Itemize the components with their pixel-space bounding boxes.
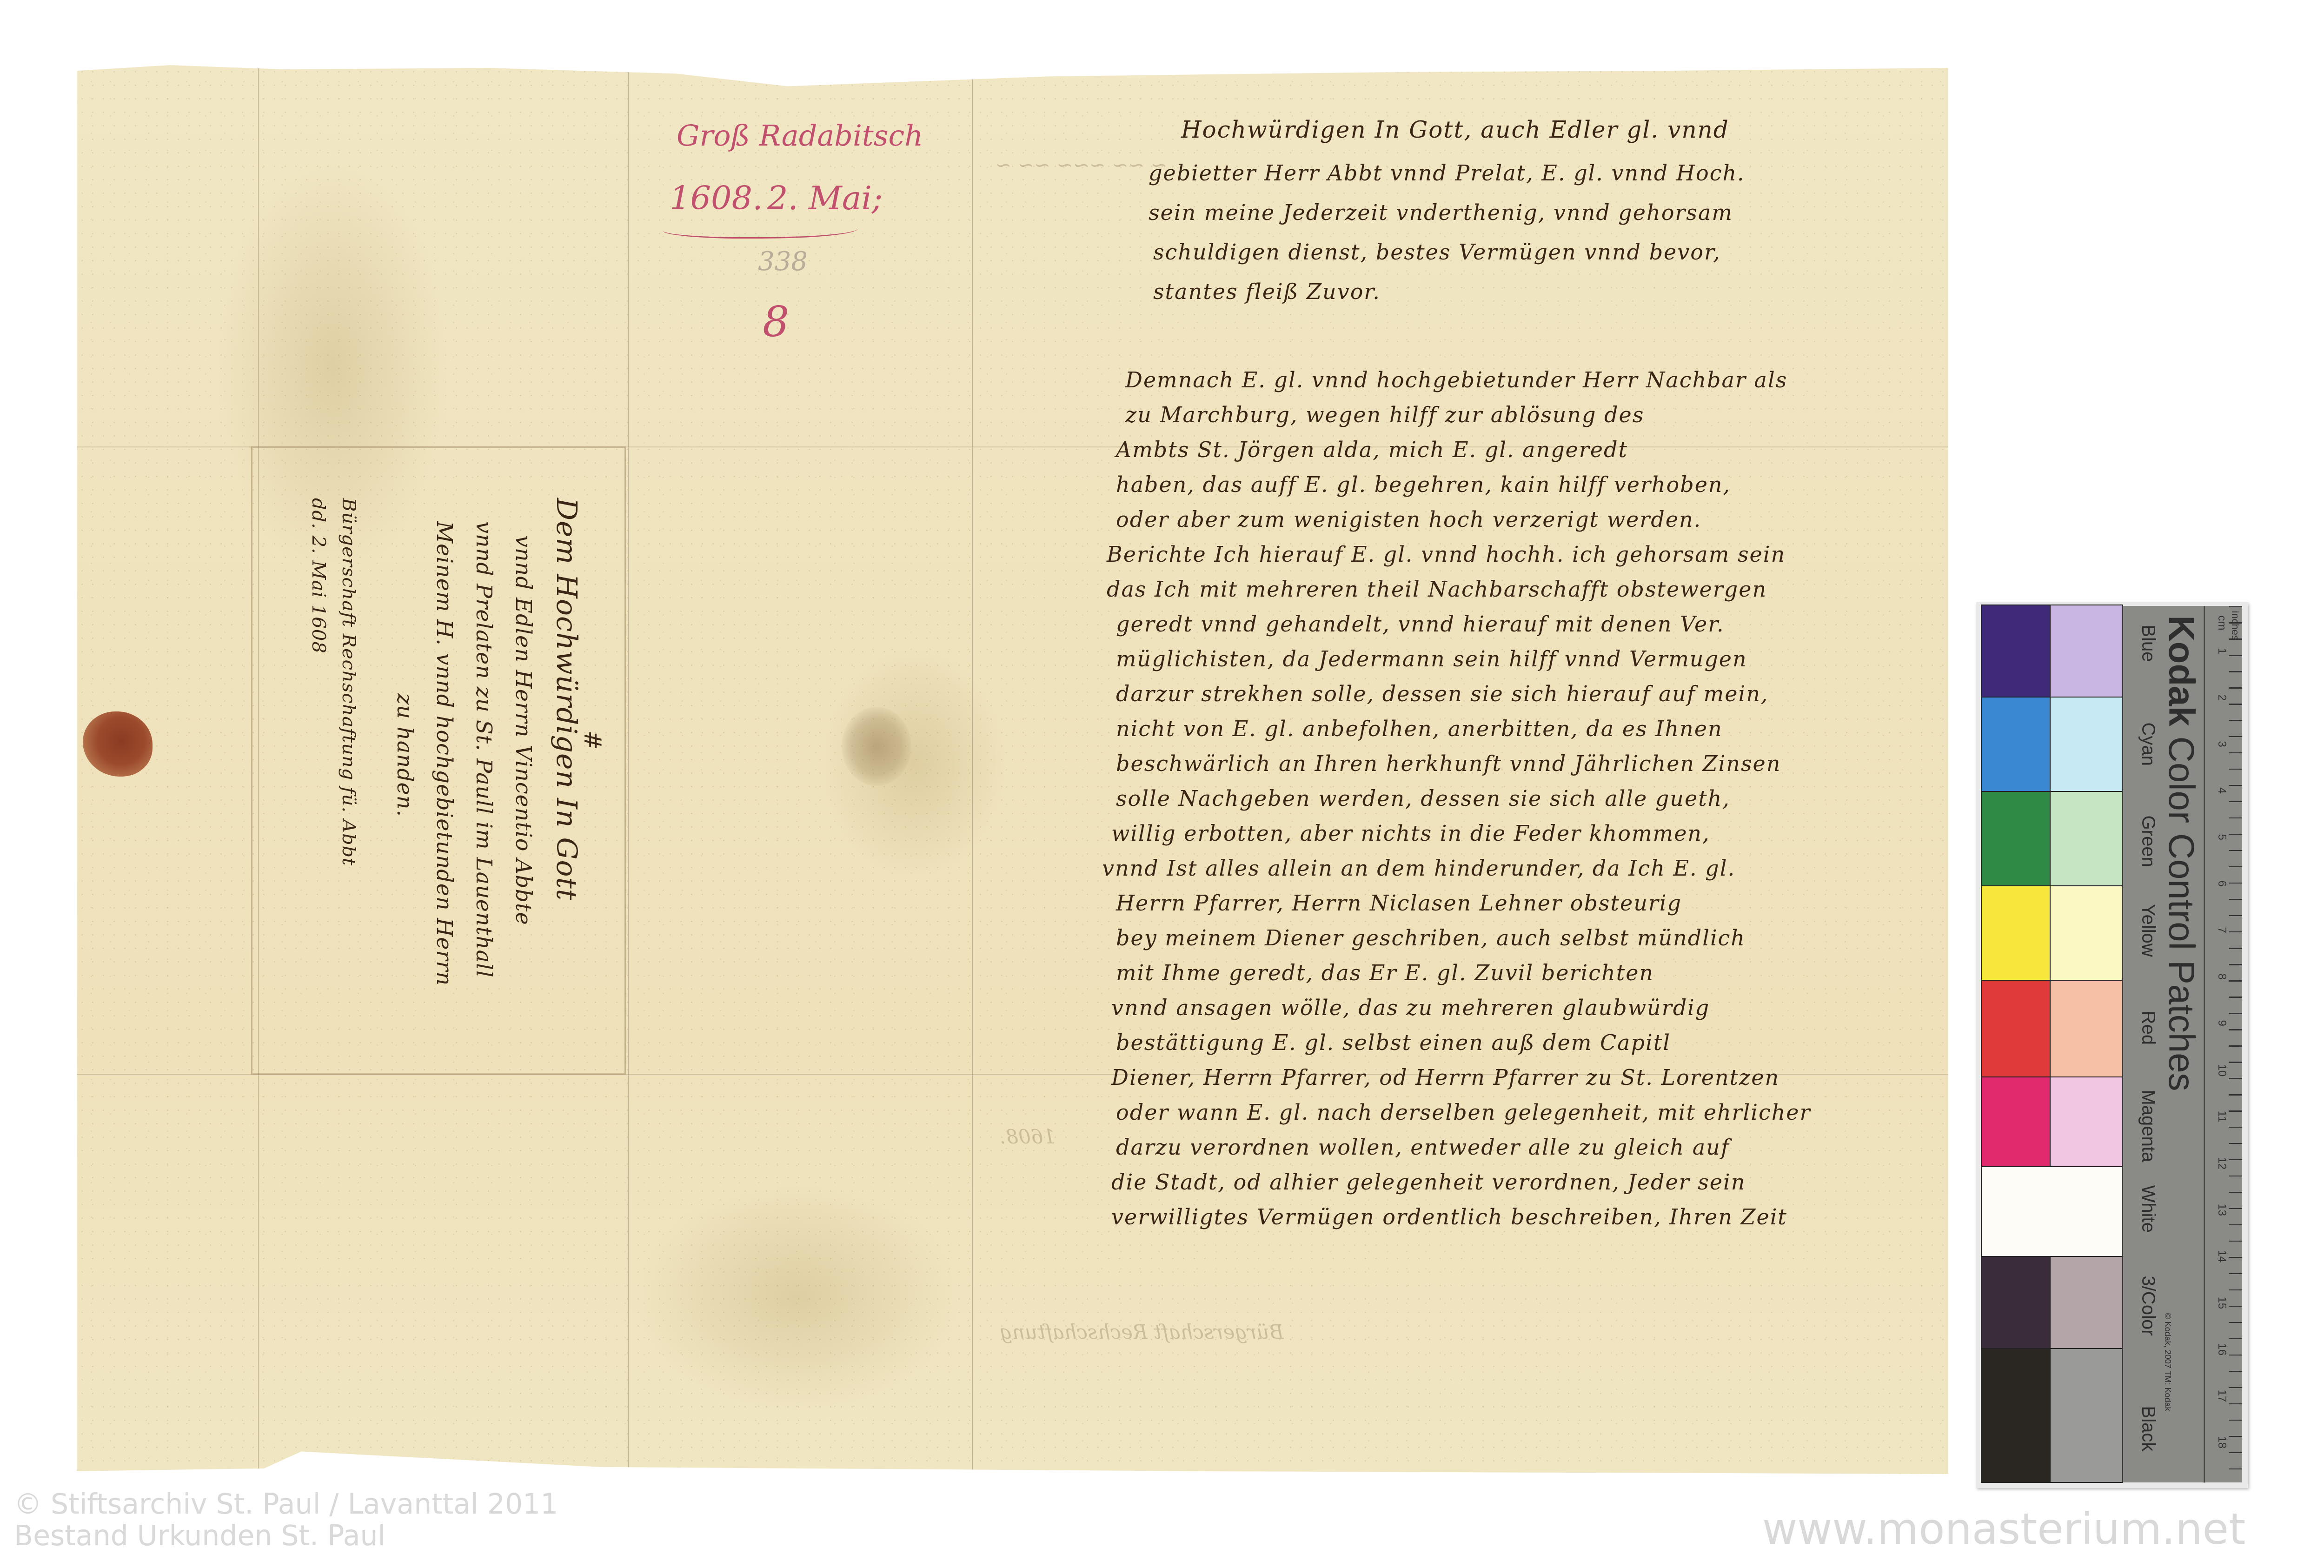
patch-label-red: Red xyxy=(2137,1010,2158,1044)
letter-line: stantes fleiß Zuvor. xyxy=(1153,279,1381,304)
kodak-copyright: © Kodak, 2007 TM: Kodak xyxy=(2162,1313,2172,1411)
letter-line: Demnach E. gl. vnnd hochgebietunder Herr… xyxy=(1125,367,1787,392)
address-line: Meinem H. vnnd hochgebietunden Herrn xyxy=(432,521,457,986)
color-patch-red-dark xyxy=(1981,980,2051,1077)
kodak-product-name: Color Control Patches xyxy=(2161,736,2202,1091)
letter-line: Hochwürdigen In Gott, auch Edler gl. vnn… xyxy=(1181,116,1729,143)
ruler-cm-tick: 16 xyxy=(2215,1343,2228,1355)
letter-line: geredt vnnd gehandelt, vnnd hierauf mit … xyxy=(1116,611,1725,637)
color-patch-3color-light xyxy=(2050,1256,2123,1349)
ruler-cm-tick: 9 xyxy=(2215,1020,2228,1026)
fold-line-vertical xyxy=(972,65,973,1474)
kodak-color-card: inches cm 1 2 3 4 5 6 7 8 9 10 11 12 13 … xyxy=(1976,602,2248,1488)
letter-line: darzu verordnen wollen, entweder alle zu… xyxy=(1116,1135,1730,1160)
patch-label-cyan: Cyan xyxy=(2137,722,2158,765)
color-patch-cyan-dark xyxy=(1981,697,2051,792)
address-mark: # xyxy=(579,731,606,751)
item-number-annotation: 8 xyxy=(763,298,789,346)
patch-label-black: Black xyxy=(2137,1406,2158,1451)
address-panel: Dem Hochwürdigen In Gott vnnd Edlen Herr… xyxy=(251,446,626,1075)
letter-line: haben, das auff E. gl. begehren, kain hi… xyxy=(1116,472,1731,497)
patch-label-magenta: Magenta xyxy=(2137,1090,2158,1162)
letter-line: Ambts St. Jörgen alda, mich E. gl. anger… xyxy=(1116,437,1628,462)
kodak-label-strip: inches cm 1 2 3 4 5 6 7 8 9 10 11 12 13 … xyxy=(2122,606,2242,1482)
color-patch-yellow-light xyxy=(2050,885,2123,981)
ruler-cm-tick: 17 xyxy=(2215,1389,2228,1402)
bleed-through-signature: Bürgerschaft Rechschaftung xyxy=(1000,1321,1283,1343)
ruler-cm-tick: 11 xyxy=(2215,1110,2228,1122)
letter-line: vnnd Ist alles allein an dem hinderunder… xyxy=(1102,856,1735,881)
letter-line: Diener, Herrn Pfarrer, od Herrn Pfarrer … xyxy=(1111,1065,1780,1090)
color-patch-blue-dark xyxy=(1981,605,2051,698)
seal-impression-trace xyxy=(842,707,911,786)
letter-line: bey meinem Diener geschriben, auch selbs… xyxy=(1116,925,1746,950)
letter-line: vnnd ansagen wölle, das zu mehreren glau… xyxy=(1111,995,1710,1020)
ruler-cm-tick: 5 xyxy=(2215,834,2228,840)
address-line: vnnd Prelaten zu St. Paull im Lauenthall xyxy=(471,521,497,978)
address-line: zu handen. xyxy=(392,693,418,817)
address-line: vnnd Edlen Herrn Vincentio Abbte xyxy=(511,535,536,925)
ruler-cm-tick: 4 xyxy=(2215,787,2228,793)
color-patch-green-light xyxy=(2050,791,2123,886)
archive-place-annotation: Groß Radabitsch xyxy=(677,119,923,153)
patch-label-yellow: Yellow xyxy=(2137,904,2158,957)
ruler-cm-tick: 7 xyxy=(2215,927,2228,933)
address-line: Dem Hochwürdigen In Gott xyxy=(550,498,583,901)
patch-label-green: Green xyxy=(2137,815,2158,867)
fold-line-vertical xyxy=(628,65,629,1474)
color-patch-red-light xyxy=(2050,980,2123,1077)
letter-line: das Ich mit mehreren theil Nachbarschaff… xyxy=(1107,577,1767,602)
ruler-cm-tick: 12 xyxy=(2215,1157,2228,1169)
kodak-title: Kodak Color Control Patches xyxy=(2160,615,2202,1091)
patch-label-white: White xyxy=(2137,1185,2158,1232)
address-docket-line: Bürgerschaft Rechschaftung fü. Abbt xyxy=(338,498,359,866)
color-patch-magenta-dark xyxy=(1981,1076,2051,1167)
ruler-cm-unit: cm xyxy=(2215,615,2228,630)
monasterium-link[interactable]: www.monasterium.net xyxy=(1762,1504,2245,1554)
color-patch-green-dark xyxy=(1981,791,2051,886)
letter-line: oder aber zum wenigisten hoch verzerigt … xyxy=(1116,507,1701,532)
letter-line: willig erbotten, aber nichts in die Fede… xyxy=(1111,821,1710,846)
archive-date-annotation: 2. Mai; xyxy=(767,179,883,217)
letter-line: Herrn Pfarrer, Herrn Niclasen Lehner obs… xyxy=(1116,890,1682,916)
letter-line: nicht von E. gl. anbefolhen, anerbitten,… xyxy=(1116,716,1723,741)
ruler-cm-tick: 6 xyxy=(2215,880,2228,886)
letter-line: schuldigen dienst, bestes Vermügen vnnd … xyxy=(1153,239,1721,265)
address-docket-line: dd. 2. Mai 1608 xyxy=(308,498,329,654)
ruler-inch-unit: inches xyxy=(2229,611,2241,640)
color-patch-magenta-light xyxy=(2050,1076,2123,1167)
ruler-cm-tick: 15 xyxy=(2215,1296,2228,1309)
ruler-cm-tick: 10 xyxy=(2215,1064,2228,1076)
letter-line: die Stadt, od alhier gelegenheit verordn… xyxy=(1111,1169,1746,1195)
archive-copyright-watermark: © Stiftsarchiv St. Paul / Lavanttal 2011 xyxy=(14,1488,558,1521)
color-patch-cyan-light xyxy=(2050,697,2123,792)
color-patch-white xyxy=(1981,1166,2123,1257)
archive-year-annotation: 1608. xyxy=(670,179,763,217)
collection-watermark: Bestand Urkunden St. Paul xyxy=(14,1520,385,1552)
ruler-cm-tick: 13 xyxy=(2215,1203,2228,1216)
letter-line: gebietter Herr Abbt vnnd Prelat, E. gl. … xyxy=(1149,160,1745,186)
patch-label-3color: 3/Color xyxy=(2137,1276,2158,1335)
color-patch-blue-light xyxy=(2050,605,2123,698)
patch-label-blue: Blue xyxy=(2137,625,2158,662)
letter-line: Berichte Ich hierauf E. gl. vnnd hochh. … xyxy=(1107,542,1786,567)
letter-line: mit Ihme geredt, das Er E. gl. Zuvil ber… xyxy=(1116,960,1654,985)
bleed-through-text: ~ ~~ ~~~ ~~ ~ xyxy=(995,153,1167,176)
kodak-brand: Kodak xyxy=(2161,615,2202,726)
letter-line: solle Nachgeben werden, dessen sie sich … xyxy=(1116,786,1730,811)
letter-line: beschwärlich an Ihren herkhunft vnnd Jäh… xyxy=(1116,751,1781,776)
ruler-cm-tick: 3 xyxy=(2215,741,2228,747)
letter-line: verwilligtes Vermügen ordentlich beschre… xyxy=(1111,1204,1787,1229)
color-patch-3color-dark xyxy=(1981,1256,2051,1349)
letter-line: oder wann E. gl. nach derselben gelegenh… xyxy=(1116,1100,1811,1125)
color-patch-black-dark xyxy=(1981,1348,2051,1483)
letter-line: müglichisten, da Jedermann sein hilff vn… xyxy=(1116,646,1747,671)
letter-line: zu Marchburg, wegen hilff zur ablösung d… xyxy=(1125,402,1644,427)
color-patch-yellow-dark xyxy=(1981,885,2051,981)
ruler-cm-tick: 8 xyxy=(2215,973,2228,979)
letter-line: bestättigung E. gl. selbst einen auß dem… xyxy=(1116,1030,1671,1055)
bleed-through-year: 1608. xyxy=(1000,1125,1056,1148)
paper-stain xyxy=(635,1181,960,1414)
ruler-cm-tick: 18 xyxy=(2215,1436,2228,1448)
letter-line: sein meine Jederzeit vnderthenig, vnnd g… xyxy=(1149,200,1733,225)
kodak-label-text: inches cm 1 2 3 4 5 6 7 8 9 10 11 12 13 … xyxy=(2123,606,2242,1482)
address-text-block: Dem Hochwürdigen In Gott vnnd Edlen Herr… xyxy=(276,470,601,1051)
annotation-flourish xyxy=(663,219,858,239)
color-patch-black-light xyxy=(2050,1348,2123,1483)
pencil-number: 338 xyxy=(758,246,808,277)
ruler-cm-tick: 1 xyxy=(2215,648,2228,654)
ruler-cm-tick: 2 xyxy=(2215,694,2228,700)
letter-line: darzur strekhen solle, dessen sie sich h… xyxy=(1116,681,1768,706)
ruler-cm-tick: 14 xyxy=(2215,1250,2228,1262)
